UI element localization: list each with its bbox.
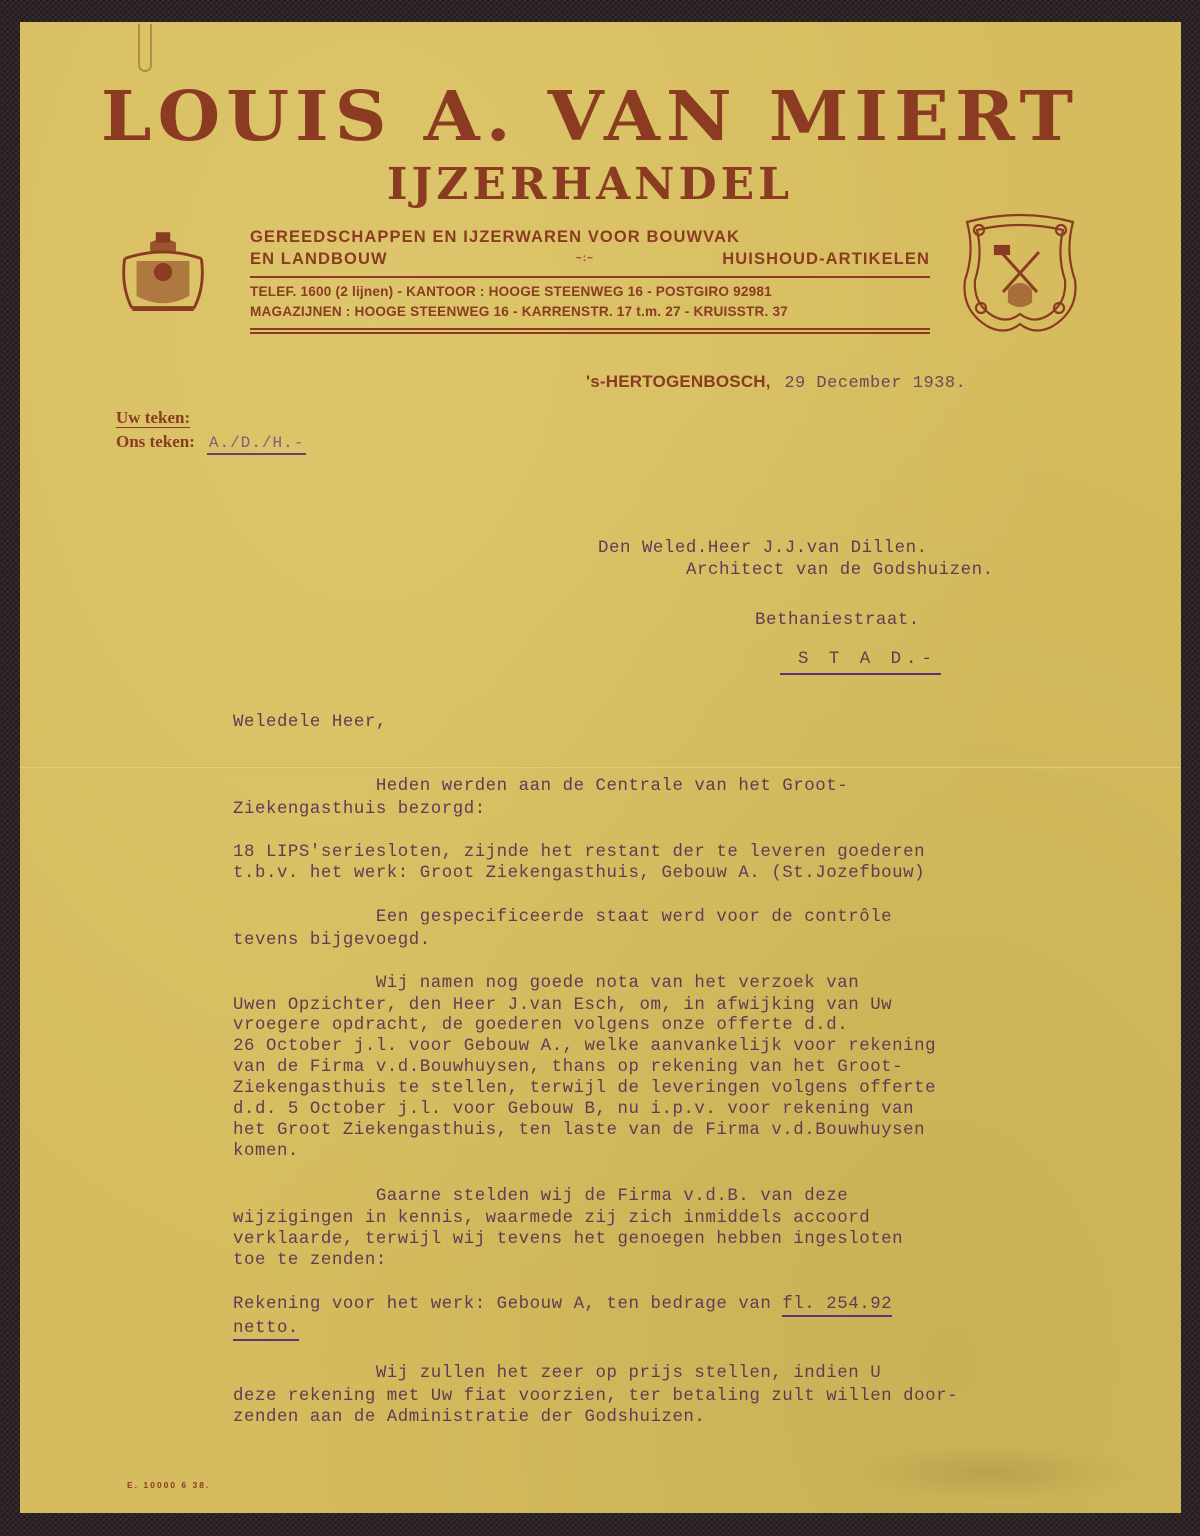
letter-date: 29 December 1938. [784, 374, 966, 393]
royal-coat-of-arms-icon [115, 226, 211, 322]
paragraph-4-line-8: het Groot Ziekengasthuis, ten laste van … [233, 1120, 925, 1141]
paragraph-1-line-1: Heden werden aan de Centrale van het Gro… [233, 776, 848, 797]
recipient-line-2: Architect van de Godshuizen. [686, 560, 994, 581]
letter-city: 's-HERTOGENBOSCH, [586, 372, 771, 391]
letterhead-rule [250, 276, 930, 278]
invoice-net-line: netto. [233, 1318, 299, 1339]
company-name: LOUIS A. VAN MIERT [95, 78, 1085, 154]
uw-teken-label: Uw teken: [116, 408, 190, 428]
paragraph-4-line-6: Ziekengasthuis te stellen, terwijl de le… [233, 1078, 936, 1099]
ons-teken-value: A./D./H.- [207, 433, 306, 455]
paragraph-3-line-1: Een gespecificeerde staat werd voor de c… [233, 907, 892, 928]
contact-line-2: MAGAZIJNEN : HOOGE STEENWEG 16 - KARRENS… [250, 302, 930, 322]
reference-block: Uw teken: Ons teken: A./D./H.- [116, 408, 306, 456]
recipient-city: S T A D.- [780, 649, 941, 670]
paragraph-3-line-2: tevens bijgevoegd. [233, 930, 431, 951]
salutation: Weledele Heer, [233, 712, 387, 733]
paragraph-4-line-1: Wij namen nog goede nota van het verzoek… [233, 973, 859, 994]
paragraph-6-line-1: Wij zullen het zeer op prijs stellen, in… [233, 1363, 881, 1384]
paragraph-5-line-4: toe te zenden: [233, 1250, 387, 1271]
paragraph-6-line-2: deze rekening met Uw fiat voorzien, ter … [233, 1386, 958, 1407]
invoice-net: netto. [233, 1319, 299, 1341]
paragraph-6-line-3: zenden aan de Administratie der Godshuiz… [233, 1407, 705, 1428]
tagline-line-1: GEREEDSCHAPPEN EN IJZERWAREN VOOR BOUWVA… [250, 226, 930, 248]
invoice-line: Rekening voor het werk: Gebouw A, ten be… [233, 1294, 892, 1315]
paperclip-mark [138, 24, 152, 72]
business-type: IJZERHANDEL [360, 160, 820, 210]
invoice-amount: fl. 254.92 [782, 1295, 892, 1317]
recipient-line-1: Den Weled.Heer J.J.van Dillen. [598, 538, 928, 559]
paragraph-4-line-4: 26 October j.l. voor Gebouw A., welke aa… [233, 1036, 936, 1057]
print-code: E. 10000 6 38. [127, 1480, 210, 1490]
paper-stain [841, 1443, 1141, 1503]
paragraph-1-line-2: Ziekengasthuis bezorgd: [233, 799, 486, 820]
letterhead-tagline-block: GEREEDSCHAPPEN EN IJZERWAREN VOOR BOUWVA… [250, 226, 930, 336]
paragraph-5-line-1: Gaarne stelden wij de Firma v.d.B. van d… [233, 1186, 848, 1207]
contact-line-1: TELEF. 1600 (2 lijnen) - KANTOOR : HOOGE… [250, 282, 930, 302]
ons-teken-row: Ons teken: A./D./H.- [116, 432, 306, 456]
paragraph-4-line-3: vroegere opdracht, de goederen volgens o… [233, 1015, 848, 1036]
paragraph-2-line-1: 18 LIPS'seriesloten, zijnde het restant … [233, 842, 925, 863]
paragraph-5-line-3: verklaarde, terwijl wij tevens het genoe… [233, 1229, 903, 1250]
paragraph-4-line-5: van de Firma v.d.Bouwhuysen, thans op re… [233, 1057, 903, 1078]
paragraph-4-line-2: Uwen Opzichter, den Heer J.van Esch, om,… [233, 995, 892, 1016]
paper-fold-line [20, 766, 1181, 769]
letterhead-double-rule [250, 328, 930, 334]
paragraph-2-line-2: t.b.v. het werk: Groot Ziekengasthuis, G… [233, 863, 925, 884]
ons-teken-label: Ons teken: [116, 432, 195, 452]
date-line: 's-HERTOGENBOSCH, 29 December 1938. [586, 372, 966, 393]
tagline-line-2: EN LANDBOUW ~:~ HUISHOUD-ARTIKELEN [250, 248, 930, 270]
paragraph-5-line-2: wijzigingen in kennis, waarmede zij zich… [233, 1208, 870, 1229]
uw-teken-row: Uw teken: [116, 408, 306, 432]
recipient-street: Bethaniestraat. [755, 610, 920, 631]
paragraph-4-line-7: d.d. 5 October j.l. voor Gebouw B, nu i.… [233, 1099, 914, 1120]
guild-seal-icon [955, 212, 1085, 338]
paragraph-4-line-9: komen. [233, 1141, 299, 1162]
